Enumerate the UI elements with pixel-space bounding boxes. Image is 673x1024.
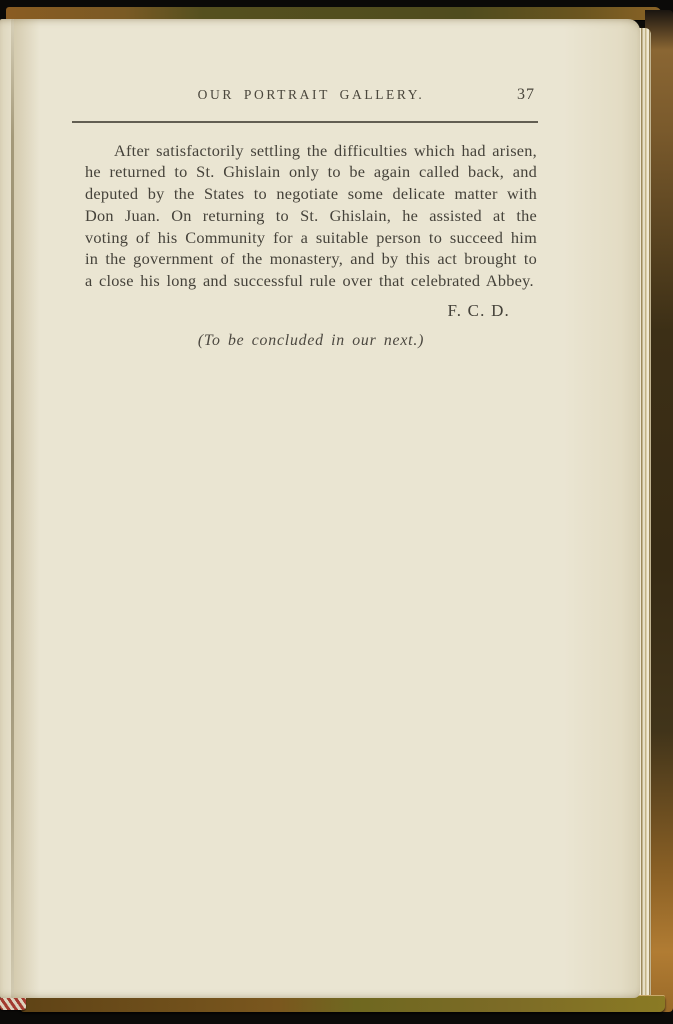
header-rule <box>72 121 538 123</box>
page-number: 37 <box>517 86 535 104</box>
continuation-note: (To be concluded in our next.) <box>85 332 537 350</box>
gutter-shading <box>14 19 40 998</box>
running-header: OUR PORTRAIT GALLERY. 37 <box>85 87 537 107</box>
book-bottom-edge <box>20 996 665 1012</box>
headband <box>0 996 26 1010</box>
printed-content: OUR PORTRAIT GALLERY. 37 After satisfact… <box>85 87 537 350</box>
article-paragraph: After satisfactorily settling the diffic… <box>85 140 537 293</box>
book-photograph: OUR PORTRAIT GALLERY. 37 After satisfact… <box>0 0 673 1024</box>
author-initials: F. C. D. <box>85 301 510 321</box>
book-page: OUR PORTRAIT GALLERY. 37 After satisfact… <box>0 19 640 998</box>
page-title: OUR PORTRAIT GALLERY. <box>198 87 425 102</box>
